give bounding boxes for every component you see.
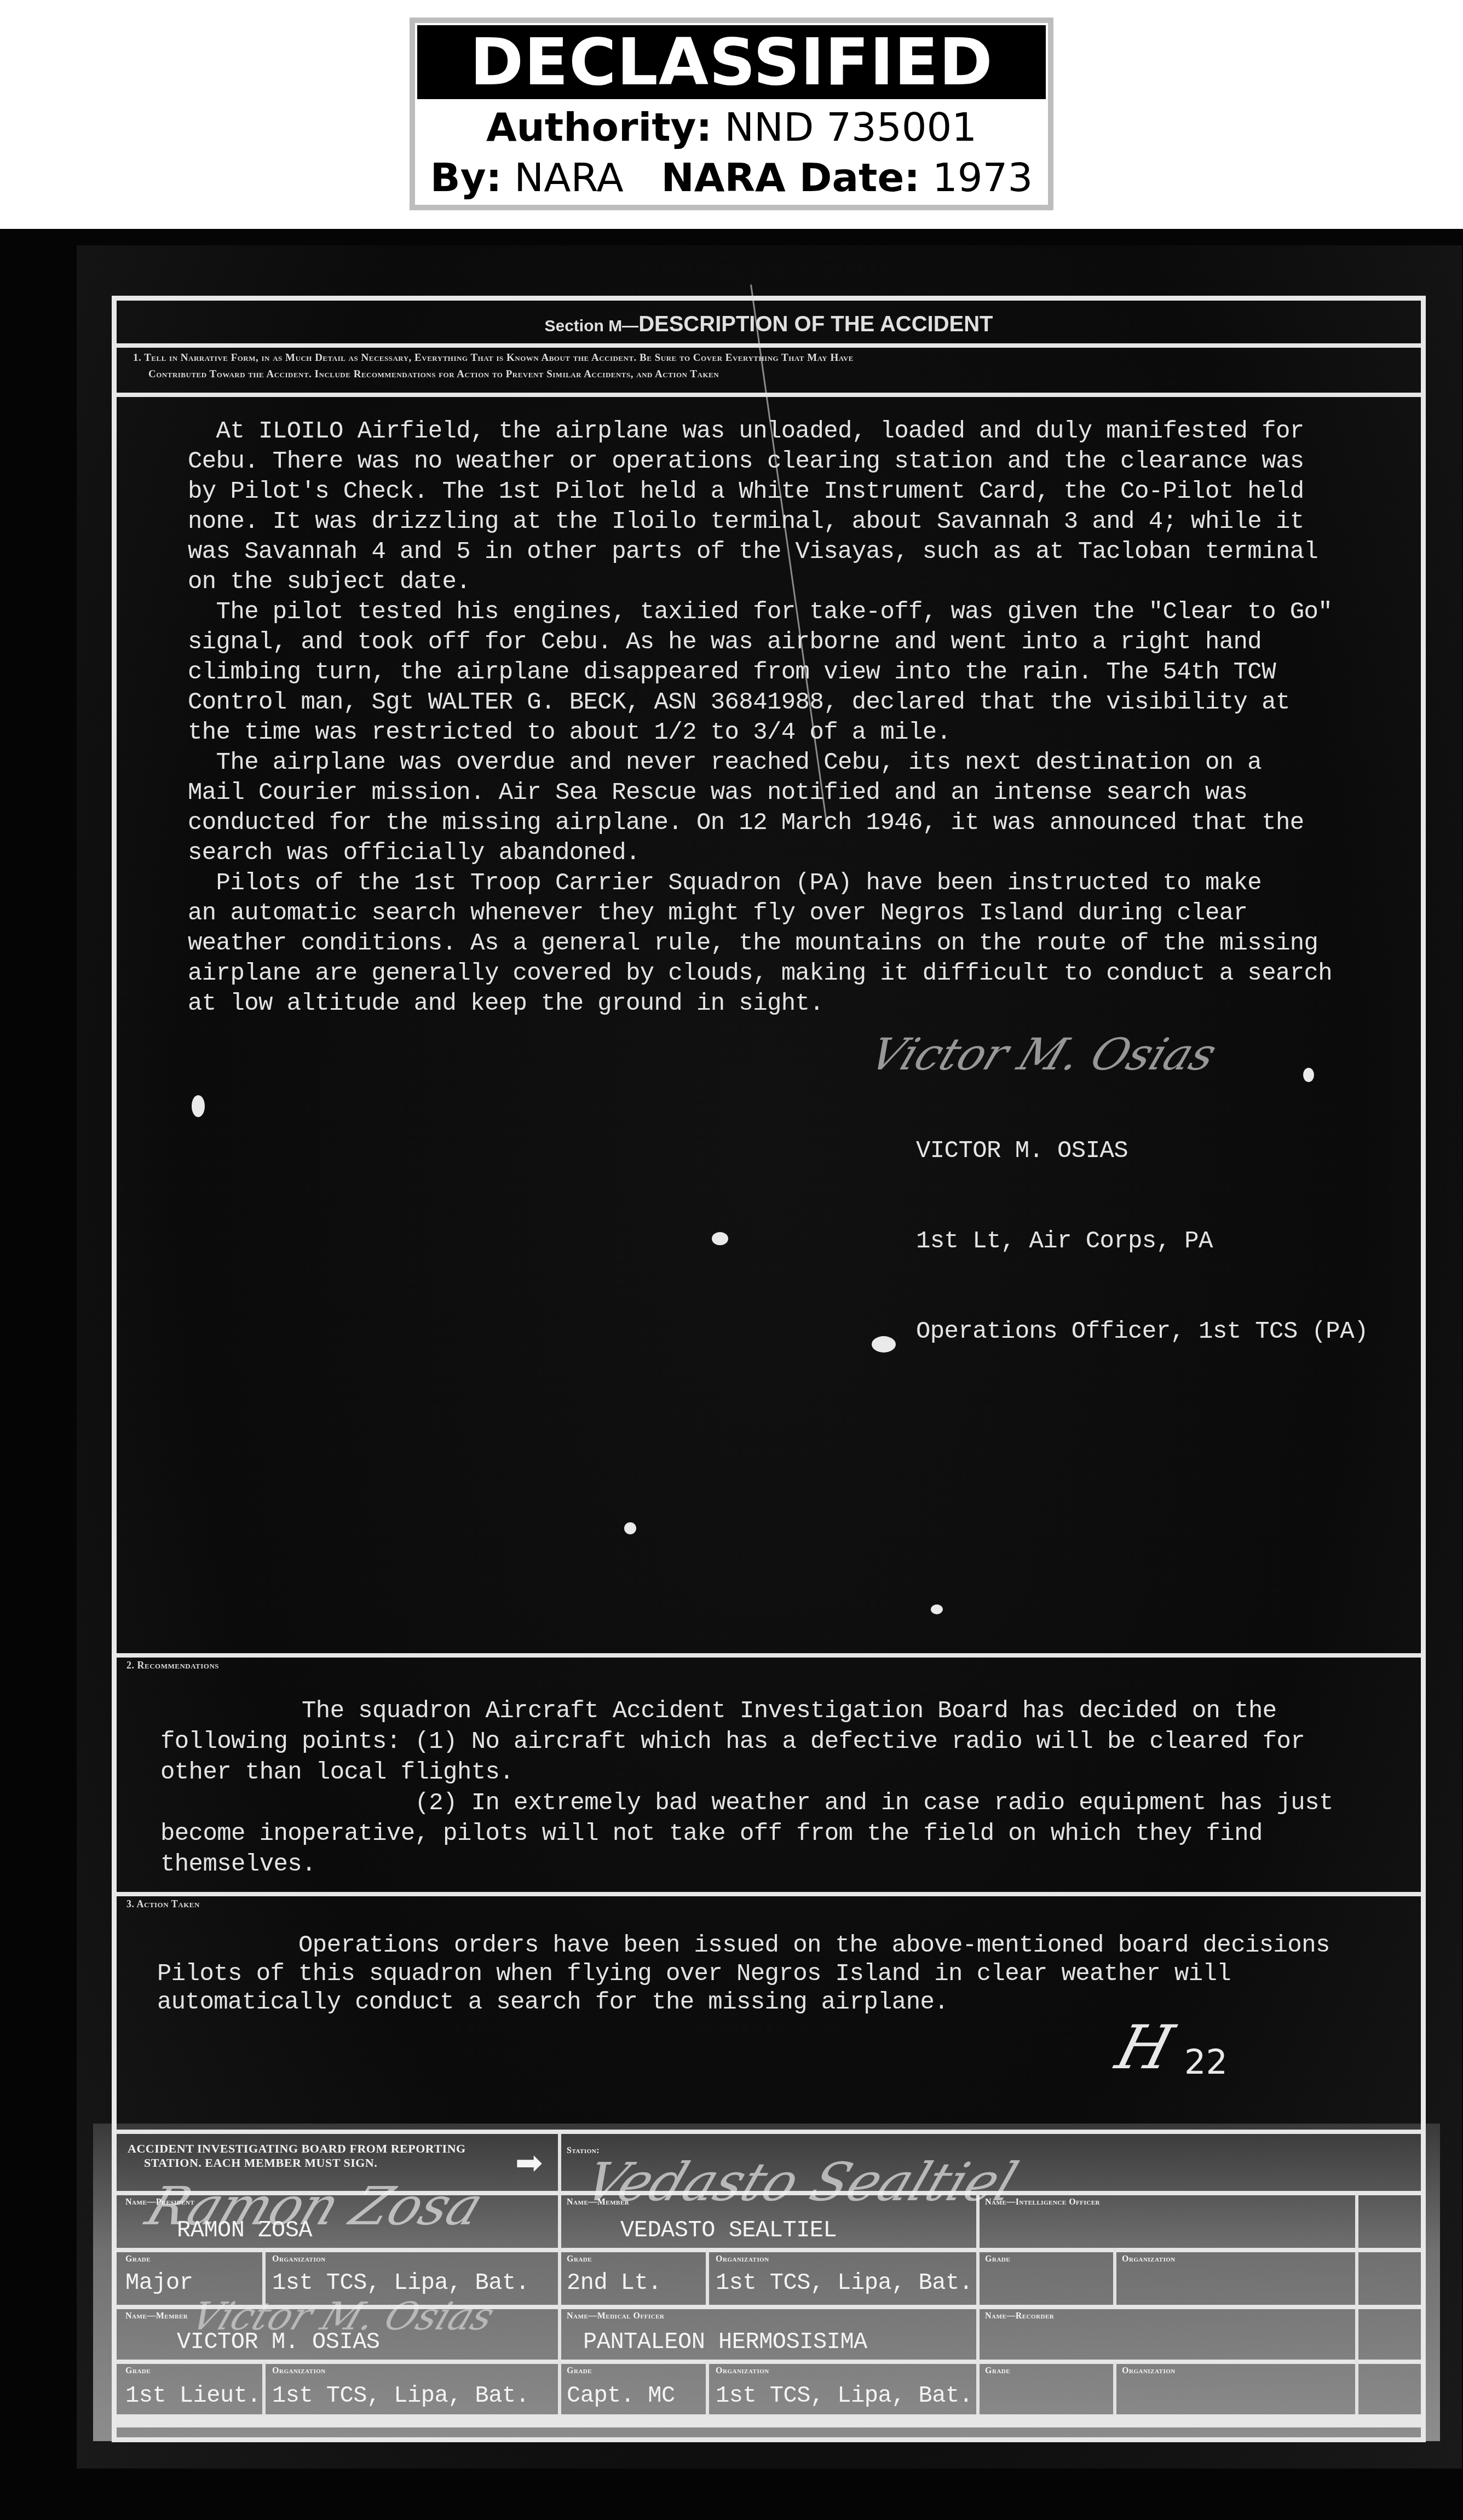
rule [976, 2191, 980, 2415]
narrative-line: at low altitude and keep the ground in s… [188, 989, 1332, 1019]
narrative-line: The pilot tested his engines, taxiied fo… [188, 597, 1332, 628]
grade-label: Grade [567, 2254, 592, 2264]
organization-label: Organization [716, 2366, 769, 2376]
film-speck [624, 1522, 636, 1534]
film-speck [712, 1232, 728, 1245]
organization-label: Organization [1122, 2366, 1176, 2376]
grade-label: Grade [985, 2254, 1010, 2264]
handwritten-initials: H [1110, 2015, 1193, 2080]
page-number: 22 [1184, 2042, 1228, 2082]
film-speck [1303, 1068, 1314, 1082]
medical-officer-organization: 1st TCS, Lipa, Bat. [716, 2383, 972, 2409]
narrative-line: signal, and took off for Cebu. As he was… [188, 628, 1332, 658]
narrative-line: Cebu. There was no weather or operations… [188, 447, 1332, 477]
rule [117, 2130, 1421, 2134]
recommendation-line: themselves. [160, 1849, 1333, 1880]
rule [117, 2360, 1421, 2364]
narrative-text: At ILOILO Airfield, the airplane was unl… [188, 417, 1332, 1019]
organization-label: Organization [1122, 2254, 1176, 2264]
narrative-line: Pilots of the 1st Troop Carrier Squadron… [188, 868, 1332, 899]
grade-label: Grade [125, 2366, 151, 2376]
film-speck [872, 1336, 896, 1353]
stamp-by-date: By: NARA NARA Date: 1973 [415, 154, 1048, 200]
section-title: Section M—DESCRIPTION OF THE ACCIDENT [117, 305, 1421, 343]
film-speck [192, 1095, 205, 1117]
narrative-line: search was officially abandoned. [188, 838, 1332, 868]
action-taken-text: Operations orders have been issued on th… [157, 1931, 1330, 2017]
medical-officer-label: Name—Medical Officer [567, 2311, 665, 2321]
stamp-authority: Authority: NND 735001 [415, 104, 1048, 150]
narrative-line: The airplane was overdue and never reach… [188, 748, 1332, 778]
action-line: Pilots of this squadron when flying over… [157, 1960, 1330, 1988]
rule [117, 2414, 1421, 2427]
board-header-line: STATION. EACH MEMBER MUST SIGN. [128, 2156, 466, 2170]
narrative-line: the time was restricted to about 1/2 to … [188, 718, 1332, 748]
date-label: NARA Date: [661, 154, 920, 200]
recommendation-line: The squadron Aircraft Accident Investiga… [160, 1696, 1333, 1727]
grade-label: Grade [567, 2366, 592, 2376]
president-signature: Ramon Zosa [139, 2176, 492, 2237]
grade-label: Grade [985, 2366, 1010, 2376]
declassified-stamp: DECLASSIFIED Authority: NND 735001 By: N… [410, 18, 1053, 210]
narrative-line: climbing turn, the airplane disappeared … [188, 658, 1332, 688]
narrative-line: was Savannah 4 and 5 in other parts of t… [188, 537, 1332, 567]
film-speck [931, 1604, 943, 1614]
member2-signature: Victor M. Osias [185, 2294, 500, 2339]
narrative-line: At ILOILO Airfield, the airplane was unl… [188, 417, 1332, 447]
by-value: NARA [514, 154, 623, 200]
recommendations-label: 2. Recommendations [126, 1660, 219, 1671]
intelligence-officer-label: Name—Intelligence Officer [985, 2197, 1100, 2207]
signer-title: Operations Officer, 1st TCS (PA) [916, 1317, 1368, 1347]
recommendation-line: following points: (1) No aircraft which … [160, 1727, 1333, 1757]
board-header: ACCIDENT INVESTIGATING BOARD FROM REPORT… [128, 2142, 466, 2170]
by-label: By: [430, 154, 502, 200]
member-label: Name—Member [125, 2311, 188, 2321]
signature-block: VICTOR M. OSIAS 1st Lt, Air Corps, PA Op… [916, 1076, 1368, 1407]
rule [117, 393, 1421, 397]
rule [558, 2191, 561, 2415]
board-signature-table: ACCIDENT INVESTIGATING BOARD FROM REPORT… [117, 2130, 1421, 2447]
member2-grade: 1st Lieut. [125, 2383, 261, 2409]
organization-label: Organization [716, 2254, 769, 2264]
rule [117, 1892, 1421, 1896]
recommendation-line: other than local flights. [160, 1757, 1333, 1788]
accident-report-form: Section M—DESCRIPTION OF THE ACCIDENT 1.… [112, 296, 1426, 2442]
signature-osias: Victor M. Osias [863, 1029, 1223, 1080]
rule [706, 2360, 709, 2417]
rule [262, 2360, 266, 2417]
member-name: VEDASTO SEALTIEL [620, 2217, 837, 2243]
rule [1113, 2360, 1116, 2417]
recorder-label: Name—Recorder [985, 2311, 1054, 2321]
authority-label: Authority: [486, 104, 712, 150]
narrative-line: Control man, Sgt WALTER G. BECK, ASN 368… [188, 688, 1332, 718]
rule [117, 343, 1421, 348]
instruction-text: 1. Tell in Narrative Form, in as Much De… [133, 350, 1404, 388]
president-grade: Major [125, 2270, 193, 2296]
narrative-line: weather conditions. As a general rule, t… [188, 929, 1332, 959]
recommendation-line: (2) In extremely bad weather and in case… [160, 1788, 1333, 1819]
rule [1113, 2248, 1116, 2305]
narrative-line: on the subject date. [188, 567, 1332, 597]
action-line: Operations orders have been issued on th… [157, 1931, 1330, 1960]
narrative-line: Mail Courier mission. Air Sea Rescue was… [188, 778, 1332, 808]
member-organization: 1st TCS, Lipa, Bat. [716, 2270, 972, 2296]
signer-name: VICTOR M. OSIAS [916, 1136, 1368, 1166]
organization-label: Organization [272, 2254, 326, 2264]
authority-value: NND 735001 [724, 104, 977, 150]
arrow-right-icon: ➡ [515, 2144, 543, 2182]
rule [1355, 2191, 1358, 2415]
grade-label: Grade [125, 2254, 151, 2264]
narrative-line: airplane are generally covered by clouds… [188, 959, 1332, 989]
rule [706, 2248, 709, 2305]
member-signature: Vedasto Sealtiel [577, 2151, 1026, 2213]
narrative-line: conducted for the missing airplane. On 1… [188, 808, 1332, 838]
recommendation-line: become inoperative, pilots will not take… [160, 1819, 1333, 1849]
medical-officer-grade: Capt. MC [567, 2383, 675, 2409]
stamp-title: DECLASSIFIED [417, 25, 1046, 99]
member2-organization: 1st TCS, Lipa, Bat. [272, 2383, 529, 2409]
recommendations-text: The squadron Aircraft Accident Investiga… [160, 1696, 1333, 1880]
instruction-line: 1. Tell in Narrative Form, in as Much De… [133, 350, 1404, 366]
rule [558, 2134, 561, 2191]
date-value: 1973 [932, 154, 1033, 200]
station-label: Station: [567, 2146, 600, 2156]
medical-officer-name: PANTALEON HERMOSISIMA [583, 2329, 867, 2355]
rule [117, 1653, 1421, 1658]
action-taken-label: 3. Action Taken [126, 1898, 200, 1910]
instruction-line: Contributed Toward the Accident. Include… [133, 366, 1404, 383]
signer-rank: 1st Lt, Air Corps, PA [916, 1227, 1368, 1257]
organization-label: Organization [272, 2366, 326, 2376]
rule [117, 2248, 1421, 2252]
section-heading: DESCRIPTION OF THE ACCIDENT [638, 312, 993, 336]
section-prefix: Section M— [544, 317, 638, 335]
board-header-line: ACCIDENT INVESTIGATING BOARD FROM REPORT… [128, 2142, 466, 2156]
member-grade: 2nd Lt. [567, 2270, 661, 2296]
narrative-line: an automatic search whenever they might … [188, 899, 1332, 929]
president-organization: 1st TCS, Lipa, Bat. [272, 2270, 529, 2296]
narrative-line: by Pilot's Check. The 1st Pilot held a W… [188, 477, 1332, 507]
narrative-line: none. It was drizzling at the Iloilo ter… [188, 507, 1332, 537]
